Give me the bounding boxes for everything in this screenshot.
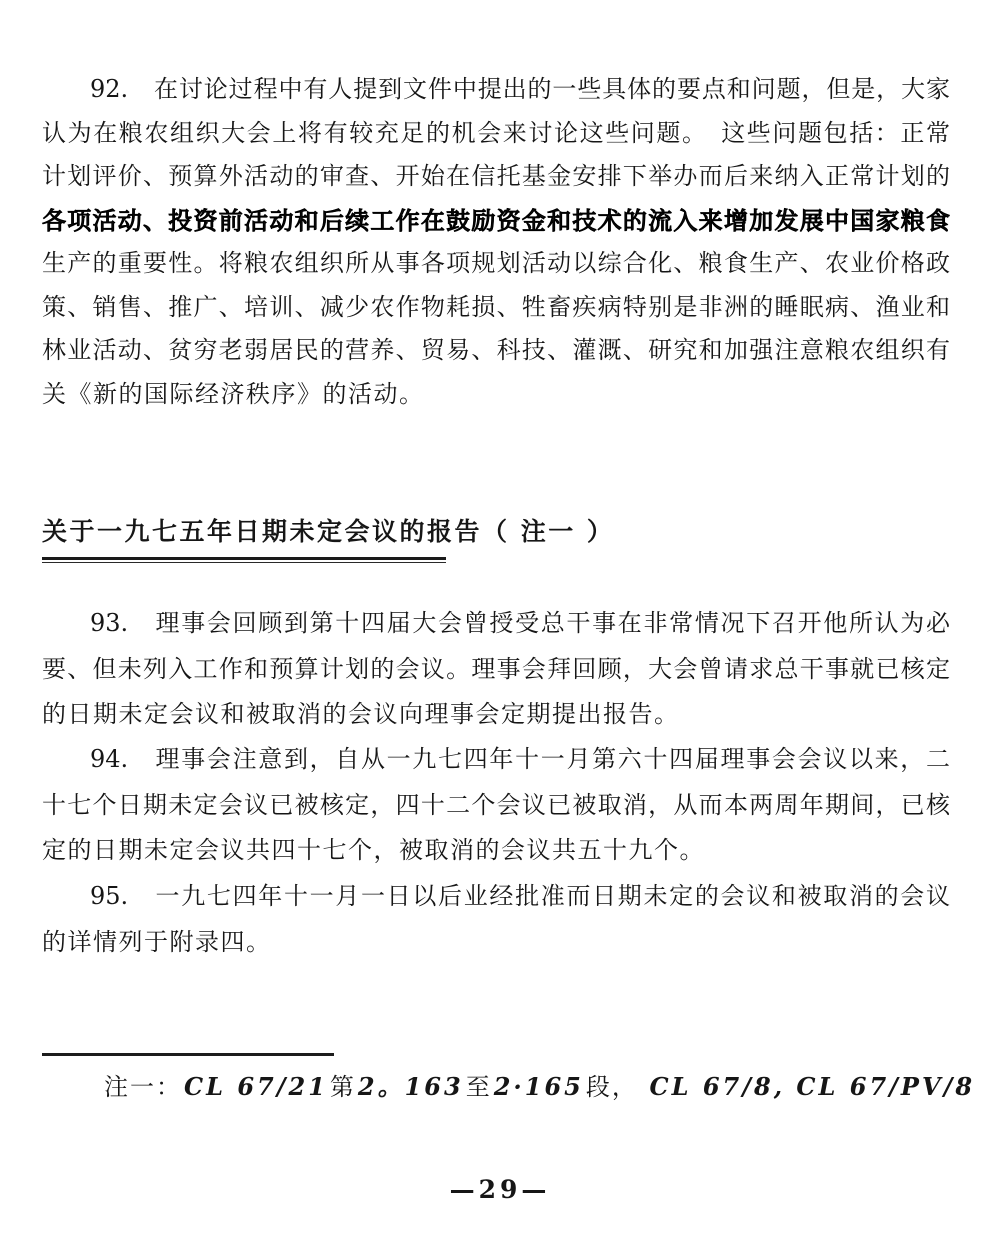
footnote: 注一：CL 67/21第2。163至2·165段， CL 67/8, CL 67… (42, 1066, 950, 1108)
paragraph-92: 92. 在讨论过程中有人提到文件中提出的一些具体的要点和问题，但是，大家 认为在… (42, 68, 950, 416)
heading-underline (42, 557, 446, 560)
footnote-part: 至 (466, 1073, 492, 1101)
footnote-para-end: 2·165 (492, 1072, 586, 1101)
footnote-part: 段， (586, 1073, 648, 1101)
paragraph-93: 93. 理事会回顾到第十四届大会曾授受总干事在非常情况下召开他所认为必 要、但未… (42, 601, 950, 738)
section-heading: 关于一九七五年日期未定会议的报告（ 注一 ） (42, 512, 950, 552)
section-heading-underlined-text: 关于一九七五年日期未定会议的报告 (42, 517, 482, 546)
text-line: 93. 理事会回顾到第十四届大会曾授受总干事在非常情况下召开他所认为必 (42, 601, 950, 647)
footnote-doc-refs: CL 67/8, CL 67/PV/8 (648, 1072, 978, 1101)
text-line: 要、但未列入工作和预算计划的会议。理事会拜回顾，大会曾请求总干事就已核定 (42, 647, 950, 693)
text-line: 林业活动、贫穷老弱居民的营养、贸易、科技、灌溉、研究和加强注意粮农组织有 (42, 329, 950, 373)
text-line: 生产的重要性。将粮农组织所从事各项规划活动以综合化、粮食生产、农业价格政 (42, 242, 950, 286)
document-page: 92. 在讨论过程中有人提到文件中提出的一些具体的要点和问题，但是，大家 认为在… (0, 0, 1000, 1258)
footnote-label: 注一： (104, 1073, 182, 1101)
text-line: 计划评价、预算外活动的审查、开始在信托基金安排下举办而后来纳入正常计划的 (42, 155, 950, 199)
section-heading-note-ref: （ 注一 ） (482, 517, 614, 546)
footnote-doc-ref: CL 67/21 (182, 1072, 330, 1101)
heading-underline-thin (42, 562, 446, 563)
text-line: 94. 理事会注意到，自从一九七四年十一月第六十四届理事会会议以来，二 (42, 737, 950, 783)
text-line: 十七个日期未定会议已被核定，四十二个会议已被取消，从而本两周年期间，已核 (42, 783, 950, 829)
text-line: 关《新的国际经济秩序》的活动。 (42, 373, 950, 417)
footnote-part: 第 (330, 1073, 356, 1101)
text-line: 92. 在讨论过程中有人提到文件中提出的一些具体的要点和问题，但是，大家 (42, 68, 950, 112)
text-line: 认为在粮农组织大会上将有较充足的机会来讨论这些问题。 这些问题包括：正常 (42, 112, 950, 156)
text-line: 各项活动、投资前活动和后续工作在鼓励资金和技术的流入来增加发展中国家粮食 (42, 199, 950, 243)
page-number: —29— (0, 1170, 1000, 1210)
text-line: 定的日期未定会议共四十七个，被取消的会议共五十九个。 (42, 828, 950, 874)
paragraph-94: 94. 理事会注意到，自从一九七四年十一月第六十四届理事会会议以来，二 十七个日… (42, 737, 950, 874)
footnote-para-start: 2。163 (356, 1072, 466, 1101)
text-line: 95. 一九七四年十一月一日以后业经批准而日期未定的会议和被取消的会议 (42, 874, 950, 920)
paragraph-95: 95. 一九七四年十一月一日以后业经批准而日期未定的会议和被取消的会议 的详情列… (42, 874, 950, 965)
footnote-divider (42, 1053, 334, 1056)
text-line: 的详情列于附录四。 (42, 920, 950, 966)
text-line: 策、销售、推广、培训、减少农作物耗损、牲畜疾病特别是非洲的睡眠病、渔业和 (42, 286, 950, 330)
text-line: 的日期未定会议和被取消的会议向理事会定期提出报告。 (42, 692, 950, 738)
